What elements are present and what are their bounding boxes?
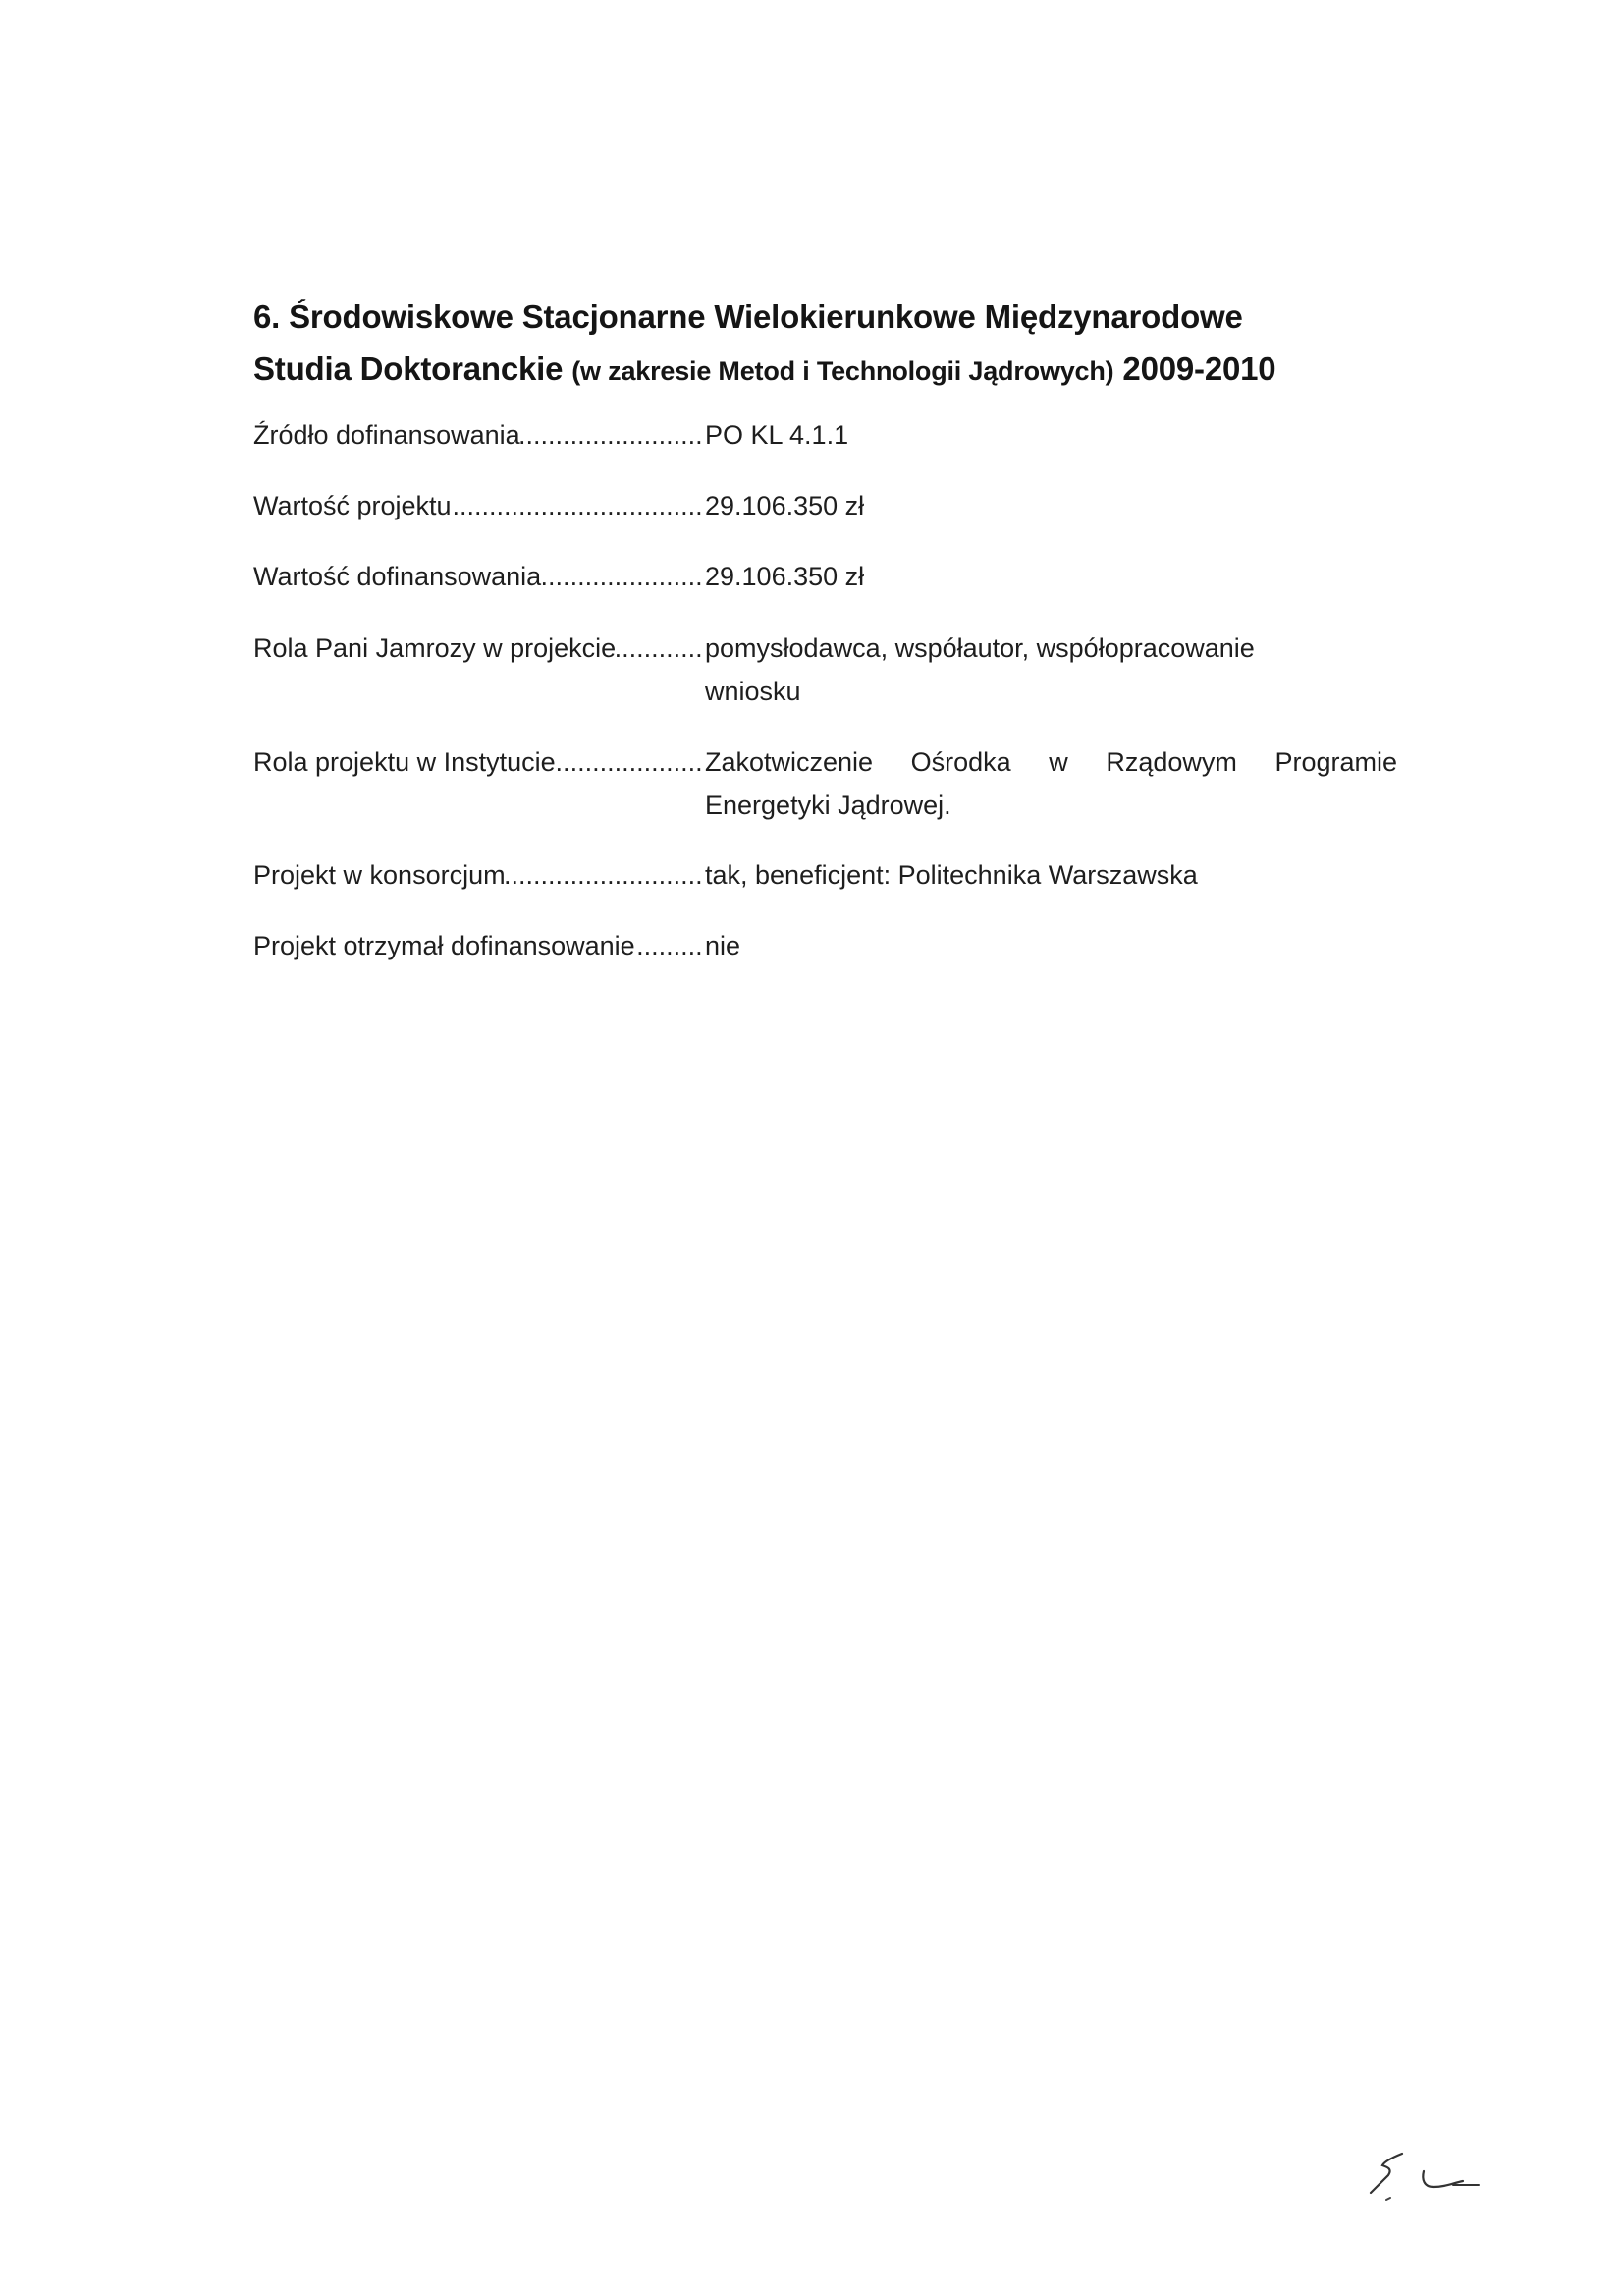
field-label: Rola Pani Jamrozy w projekcie (253, 633, 616, 663)
field-label: Projekt w konsorcjum (253, 860, 506, 890)
field-value: 29.106.350 zł (705, 555, 1623, 598)
title-parenthetical: (w zakresie Metod i Technologii Jądrowyc… (571, 356, 1113, 386)
section-title-line-2: Studia Doktoranckie (w zakresie Metod i … (253, 343, 1432, 398)
field-value: 29.106.350 zł (705, 484, 1623, 527)
title-years: 2009-2010 (1113, 351, 1275, 387)
title-main: Studia Doktoranckie (253, 351, 571, 387)
signature-icon (1355, 2136, 1492, 2205)
field-value: pomysłodawca, współautor, współopracowan… (705, 627, 1294, 713)
field-label: Wartość dofinansowania (253, 562, 541, 591)
field-label: Źródło dofinansowania (253, 420, 520, 450)
field-label: Rola projektu w Instytucie (253, 747, 556, 777)
field-value: Zakotwiczenie Ośrodka w Rządowym Program… (705, 740, 1397, 827)
field-label: Projekt otrzymał dofinansowanie (253, 931, 635, 960)
section-title-line-1: 6. Środowiskowe Stacjonarne Wielokierunk… (253, 291, 1432, 343)
section-title: 6. Środowiskowe Stacjonarne Wielokierunk… (253, 291, 1432, 398)
field-value: PO KL 4.1.1 (705, 413, 1623, 457)
field-value: nie (705, 924, 1623, 967)
field-label: Wartość projektu (253, 491, 452, 520)
field-value: tak, beneficjent: Politechnika Warszawsk… (705, 853, 1623, 897)
